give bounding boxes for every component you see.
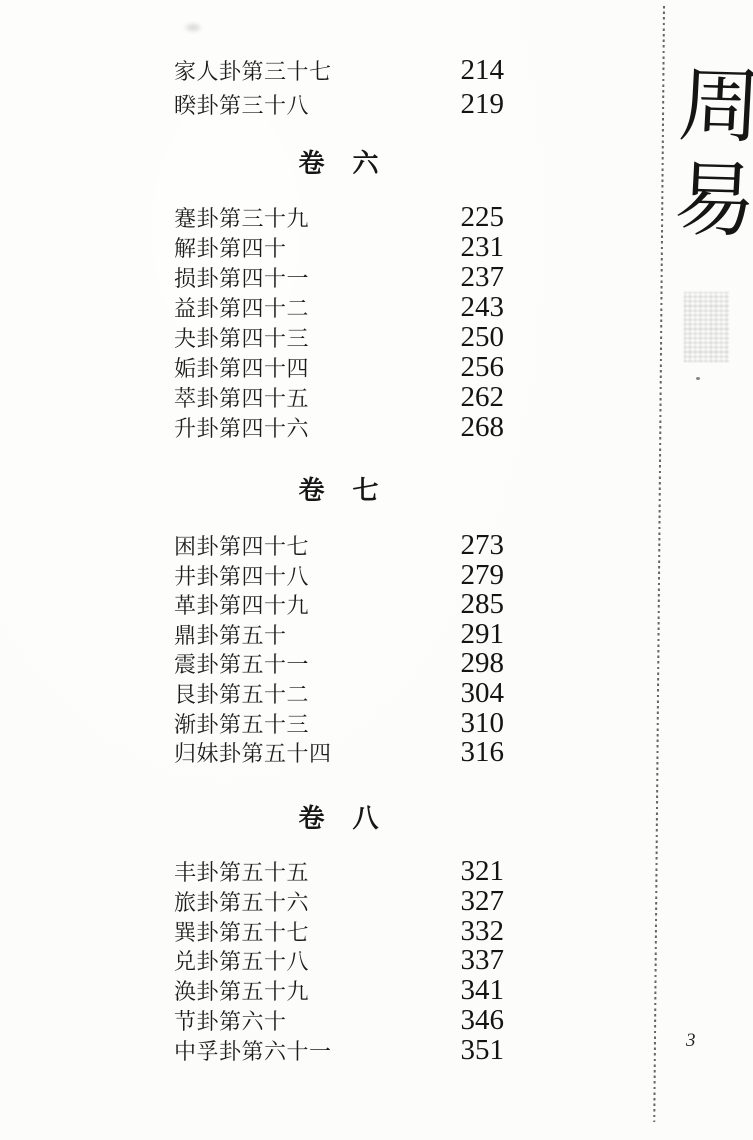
toc-entry: 艮卦第五十二304 <box>174 684 504 708</box>
entry-page-number: 321 <box>461 857 505 886</box>
toc-entry: 解卦第四十231 <box>174 238 504 262</box>
entry-title: 巽卦第五十七 <box>174 922 309 944</box>
entry-page-number: 332 <box>461 917 505 946</box>
entry-title: 革卦第四十九 <box>174 595 309 617</box>
table-of-contents: 家人卦第三十七214睽卦第三十八219卷 六蹇卦第三十九225解卦第四十231损… <box>174 0 504 1140</box>
toc-entry: 姤卦第四十四256 <box>174 358 504 382</box>
entry-title: 节卦第六十 <box>174 1011 287 1033</box>
entry-title: 损卦第四十一 <box>174 268 309 290</box>
entry-title: 渐卦第五十三 <box>174 714 309 736</box>
toc-entry: 蹇卦第三十九225 <box>174 208 504 232</box>
entry-page-number: 262 <box>461 383 505 412</box>
entry-page-number: 337 <box>461 946 505 975</box>
entry-page-number: 243 <box>461 293 505 322</box>
toc-entry: 渐卦第五十三310 <box>174 714 504 738</box>
entry-title: 蹇卦第三十九 <box>174 208 309 230</box>
entry-title: 归妹卦第五十四 <box>174 743 332 765</box>
entry-title: 解卦第四十 <box>174 238 287 260</box>
toc-entry: 夬卦第四十三250 <box>174 328 504 352</box>
entry-title: 震卦第五十一 <box>174 654 309 676</box>
entry-title: 井卦第四十八 <box>174 566 309 588</box>
entry-page-number: 231 <box>461 233 505 262</box>
entry-title: 旅卦第五十六 <box>174 892 309 914</box>
toc-entry: 震卦第五十一298 <box>174 654 504 678</box>
entry-page-number: 268 <box>461 413 505 442</box>
entry-title: 益卦第四十二 <box>174 298 309 320</box>
entry-title: 家人卦第三十七 <box>174 61 332 83</box>
entry-title: 丰卦第五十五 <box>174 862 309 884</box>
volume-heading: 卷 七 <box>174 478 504 504</box>
toc-entry: 损卦第四十一237 <box>174 268 504 292</box>
volume-heading: 卷 八 <box>174 806 504 832</box>
toc-entry: 中孚卦第六十一351 <box>174 1041 504 1065</box>
entry-title: 萃卦第四十五 <box>174 388 309 410</box>
toc-entry: 鼎卦第五十291 <box>174 625 504 649</box>
entry-page-number: 291 <box>461 620 505 649</box>
entry-title: 姤卦第四十四 <box>174 358 309 380</box>
toc-entry: 兑卦第五十八337 <box>174 951 504 975</box>
entry-title: 兑卦第五十八 <box>174 951 309 973</box>
volume-heading: 卷 六 <box>174 151 504 177</box>
toc-entry: 巽卦第五十七332 <box>174 922 504 946</box>
entry-page-number: 304 <box>461 679 505 708</box>
entry-title: 鼎卦第五十 <box>174 625 287 647</box>
entry-page-number: 298 <box>461 649 505 678</box>
entry-page-number: 279 <box>461 561 505 590</box>
entry-page-number: 225 <box>461 203 505 232</box>
toc-entry: 革卦第四十九285 <box>174 595 504 619</box>
entry-page-number: 250 <box>461 323 505 352</box>
entry-page-number: 214 <box>461 56 505 85</box>
ink-speck <box>696 377 700 380</box>
side-title-calligraphy: 周易 <box>660 61 753 283</box>
entry-title: 中孚卦第六十一 <box>174 1041 332 1063</box>
toc-entry: 井卦第四十八279 <box>174 566 504 590</box>
toc-entry: 家人卦第三十七214 <box>174 61 504 85</box>
toc-entry: 升卦第四十六268 <box>174 418 504 442</box>
toc-entry: 涣卦第五十九341 <box>174 981 504 1005</box>
entry-title: 困卦第四十七 <box>174 536 309 558</box>
entry-page-number: 273 <box>461 531 505 560</box>
toc-entry: 丰卦第五十五321 <box>174 862 504 886</box>
toc-entry: 节卦第六十346 <box>174 1011 504 1035</box>
entry-page-number: 346 <box>461 1006 505 1035</box>
entry-page-number: 256 <box>461 353 505 382</box>
entry-page-number: 341 <box>461 976 505 1005</box>
library-seal-stamp <box>684 292 729 362</box>
entry-page-number: 237 <box>461 263 505 292</box>
entry-title: 涣卦第五十九 <box>174 981 309 1003</box>
entry-title: 夬卦第四十三 <box>174 328 309 350</box>
entry-title: 艮卦第五十二 <box>174 684 309 706</box>
entry-page-number: 351 <box>461 1036 505 1065</box>
entry-page-number: 310 <box>461 709 505 738</box>
entry-page-number: 316 <box>461 738 505 767</box>
toc-entry: 困卦第四十七273 <box>174 536 504 560</box>
toc-entry: 益卦第四十二243 <box>174 298 504 322</box>
entry-title: 升卦第四十六 <box>174 418 309 440</box>
page-number: 3 <box>686 1031 696 1050</box>
entry-title: 睽卦第三十八 <box>174 95 309 117</box>
entry-page-number: 327 <box>461 887 505 916</box>
toc-entry: 归妹卦第五十四316 <box>174 743 504 767</box>
toc-entry: 睽卦第三十八219 <box>174 95 504 119</box>
entry-page-number: 219 <box>461 90 505 119</box>
book-page: 家人卦第三十七214睽卦第三十八219卷 六蹇卦第三十九225解卦第四十231损… <box>0 0 753 1140</box>
toc-entry: 萃卦第四十五262 <box>174 388 504 412</box>
entry-page-number: 285 <box>461 590 505 619</box>
toc-entry: 旅卦第五十六327 <box>174 892 504 916</box>
